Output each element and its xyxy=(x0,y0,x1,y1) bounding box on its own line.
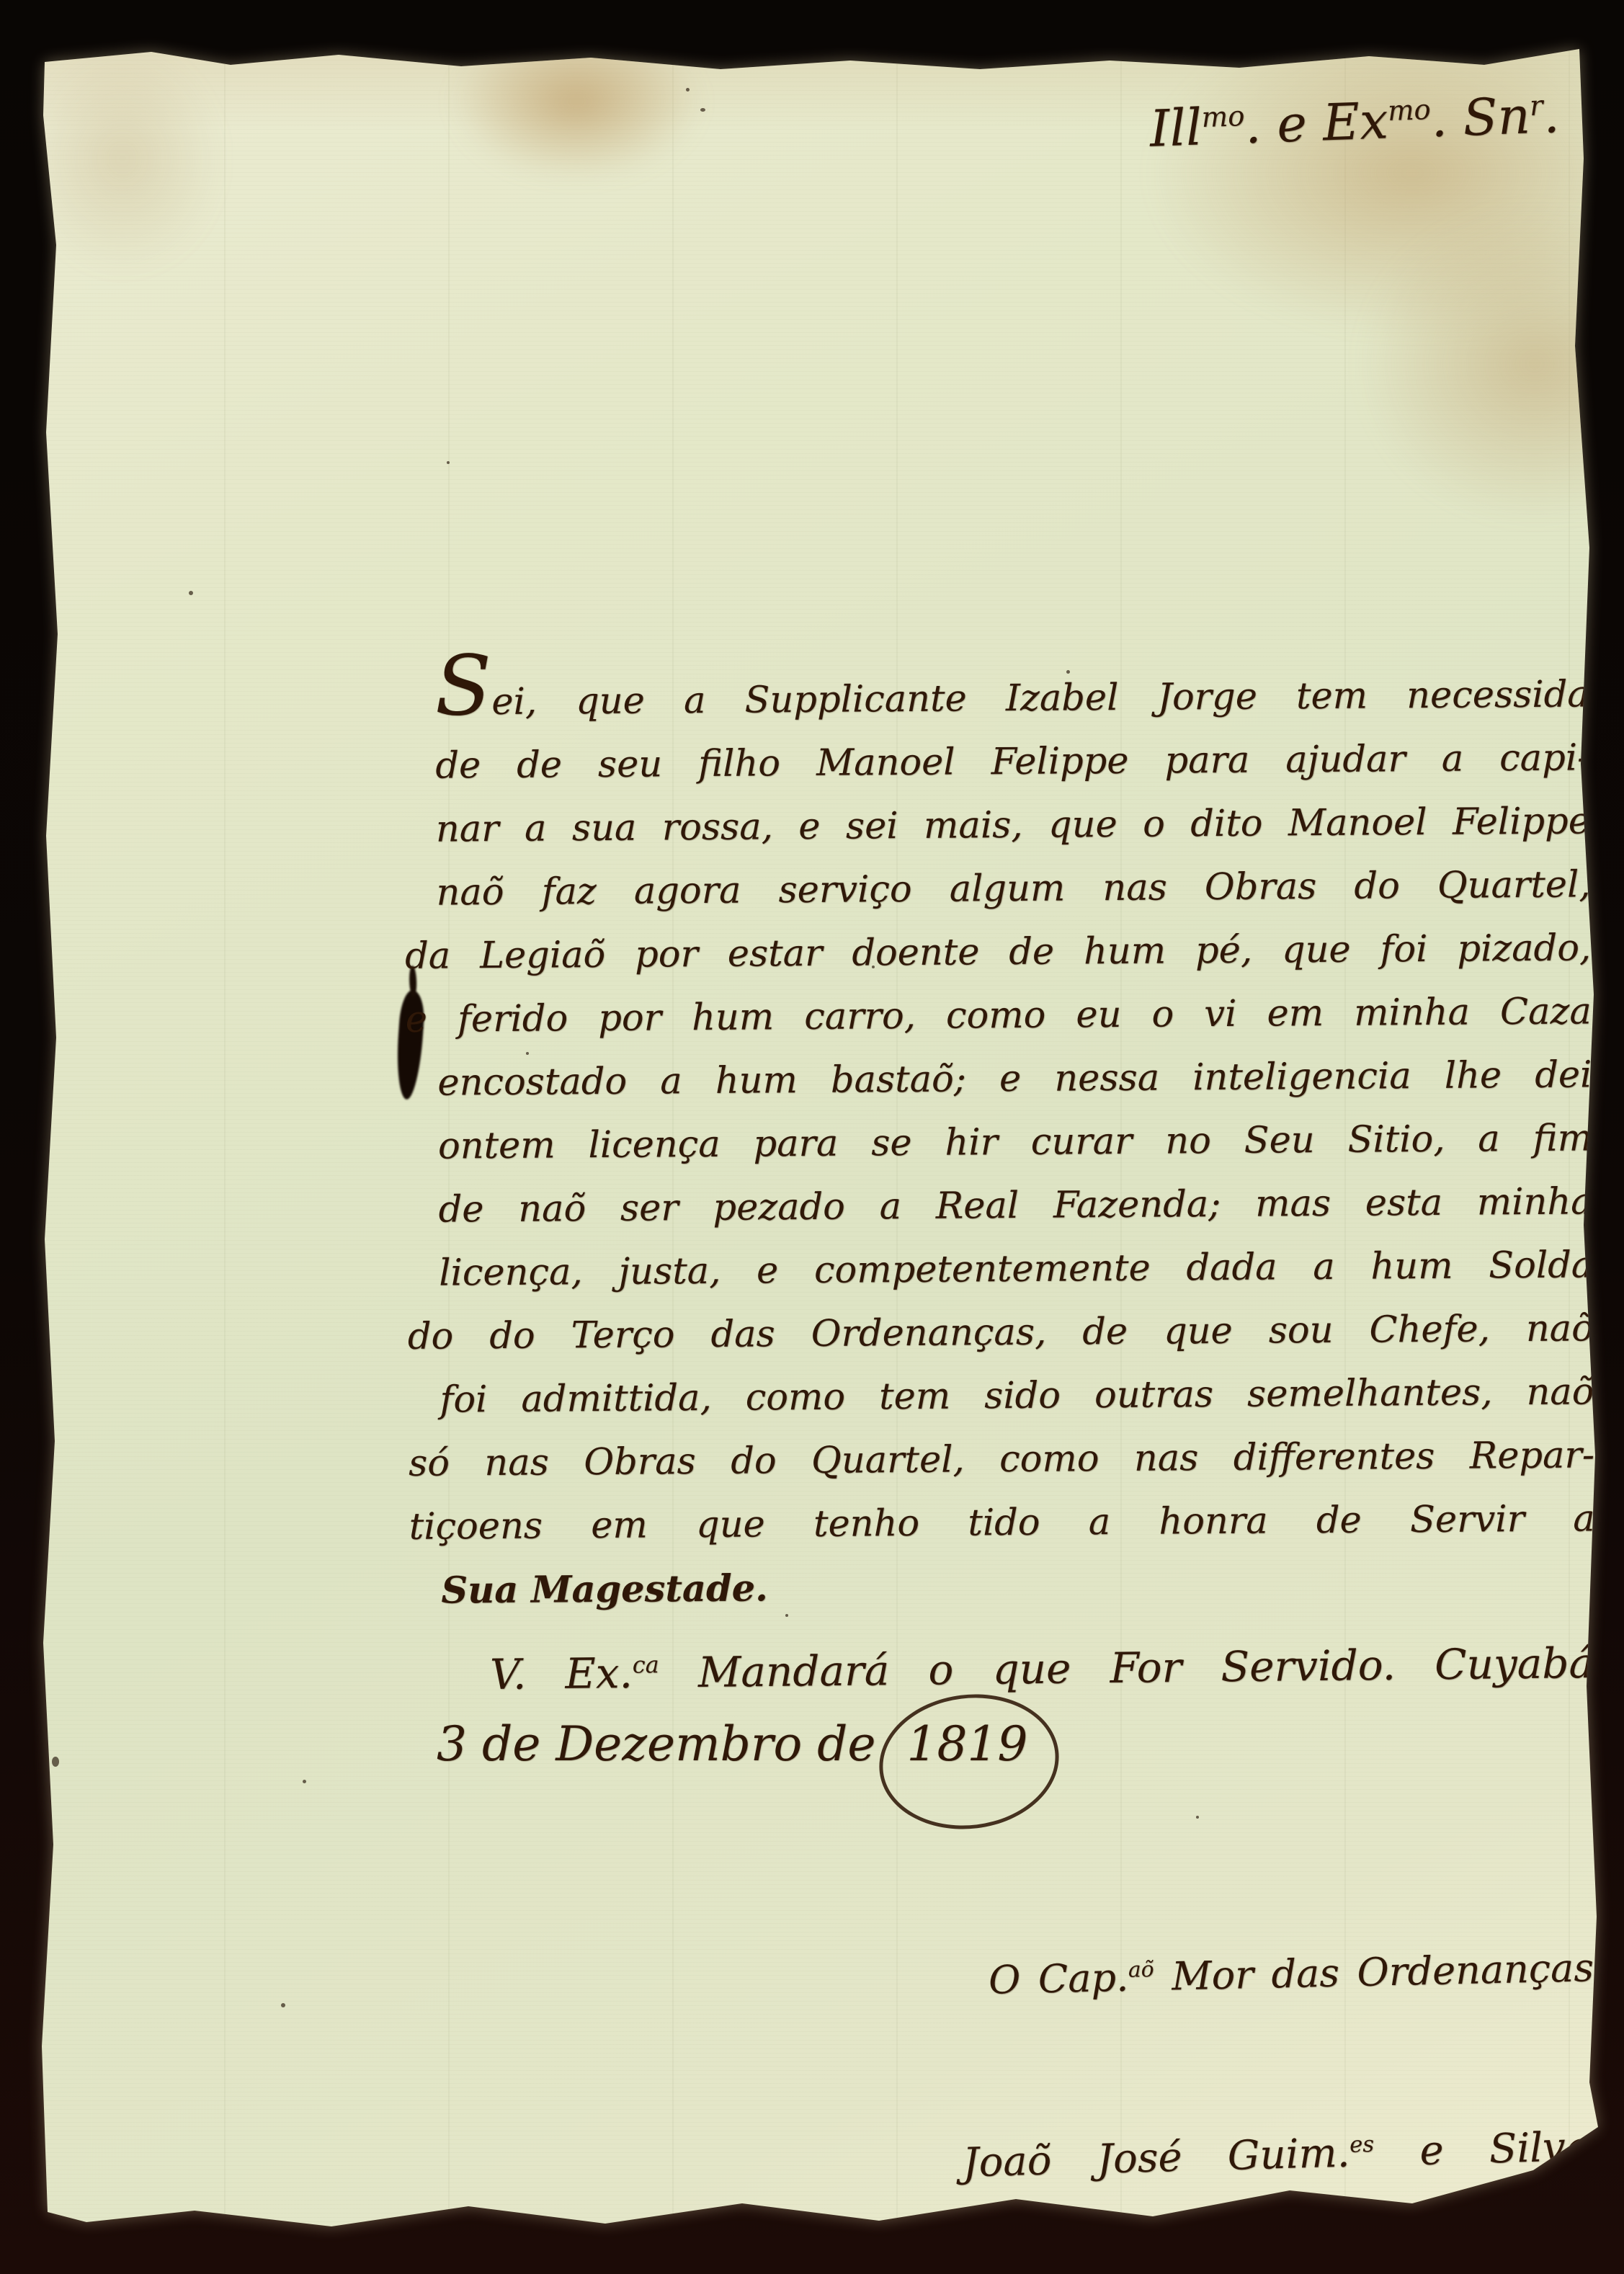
photo-background: Illmo. e Exmo. Snr. Sei, que a Supplican… xyxy=(0,0,1624,2274)
signature-title-text: Mor das Ordenanças xyxy=(1154,1945,1594,1999)
body-line: licença, justa, e competentemente dada a… xyxy=(439,1234,1594,1305)
body-line: tiçoens em que tenho tido a honra de Ser… xyxy=(440,1487,1595,1559)
ink-speck xyxy=(700,108,705,112)
signature-name: Joaõ José Guim.es e Silva. xyxy=(962,2123,1602,2186)
ink-speck xyxy=(447,461,450,464)
body-line: foi admittida, como tem sido outras seme… xyxy=(440,1360,1594,1432)
body-line: encostado a hum bastaõ; e nessa intelige… xyxy=(437,1043,1592,1115)
date-line: 3 de Dezembro de 1819 xyxy=(437,1716,1043,1772)
body-line: nar a sua rossa, e sei mais, que o dito … xyxy=(436,790,1591,861)
paper-stain xyxy=(1362,209,1624,519)
salutation-superscript: r xyxy=(1529,90,1543,123)
body-line: Sei, que a Supplicante Izabel Jorge tem … xyxy=(434,663,1589,734)
year-wrap: 1819 xyxy=(891,1716,1043,1772)
closing-superscript: ca xyxy=(633,1651,659,1678)
paper-wrapper: Illmo. e Exmo. Snr. Sei, que a Supplican… xyxy=(0,0,1624,2274)
salutation-text: . e Ex xyxy=(1244,91,1389,155)
date-text: 3 de Dezembro de xyxy=(437,1716,891,1772)
signature-title-superscript: aõ xyxy=(1128,1957,1154,1983)
body-line: Sua Magestade. xyxy=(441,1551,1596,1622)
signature-name-text: e Silva. xyxy=(1374,2123,1603,2175)
signature-name-superscript: es xyxy=(1349,2131,1375,2158)
body-line: de naõ ser pezado a Real Fazenda; mas es… xyxy=(438,1170,1593,1241)
manuscript-paper: Illmo. e Exmo. Snr. Sei, que a Supplican… xyxy=(0,0,1624,2274)
signature-name-text: Joaõ José Guim. xyxy=(962,2130,1350,2187)
body-line: e ferido por hum carro, como eu o vi em … xyxy=(437,980,1592,1051)
body-line: de de seu filho Manoel Felippe para ajud… xyxy=(435,726,1590,798)
salutation-text: . xyxy=(1543,85,1561,145)
closing-text: V. Ex. xyxy=(490,1649,633,1699)
signature-title-text: O Cap. xyxy=(988,1955,1128,2003)
year-circle xyxy=(872,1684,1067,1839)
body-line: da Legiaõ por estar doente de hum pé, qu… xyxy=(437,917,1592,988)
ink-speck xyxy=(686,88,690,92)
ink-speck xyxy=(52,1757,59,1767)
closing-line: V. Ex.ca Mandará o que For Servido. Cuya… xyxy=(490,1638,1594,1699)
salutation-text: Ill xyxy=(1148,97,1203,158)
salutation-superscript: mo xyxy=(1201,100,1245,134)
salutation-text: . Sn xyxy=(1430,86,1531,149)
ink-speck xyxy=(281,2003,285,2007)
body-line: naõ faz agora serviço algum nas Obras do… xyxy=(436,853,1591,924)
ink-speck xyxy=(303,1780,306,1783)
signature-title: O Cap.aõ Mor das Ordenanças xyxy=(988,1945,1594,2003)
body-line: do do Terço das Ordenanças, de que sou C… xyxy=(440,1297,1594,1368)
ink-speck xyxy=(189,591,193,595)
closing-text: Mandará o que For Servido. Cuyabá xyxy=(659,1638,1594,1698)
salutation-superscript: mo xyxy=(1387,94,1431,128)
ink-speck xyxy=(1196,1816,1199,1819)
body-line: ontem licença para se hir curar no Seu S… xyxy=(438,1107,1593,1178)
letter-body: Sei, que a Supplicante Izabel Jorge tem … xyxy=(434,663,1595,1622)
body-line: só nas Obras do Quartel, como nas differ… xyxy=(440,1424,1595,1495)
